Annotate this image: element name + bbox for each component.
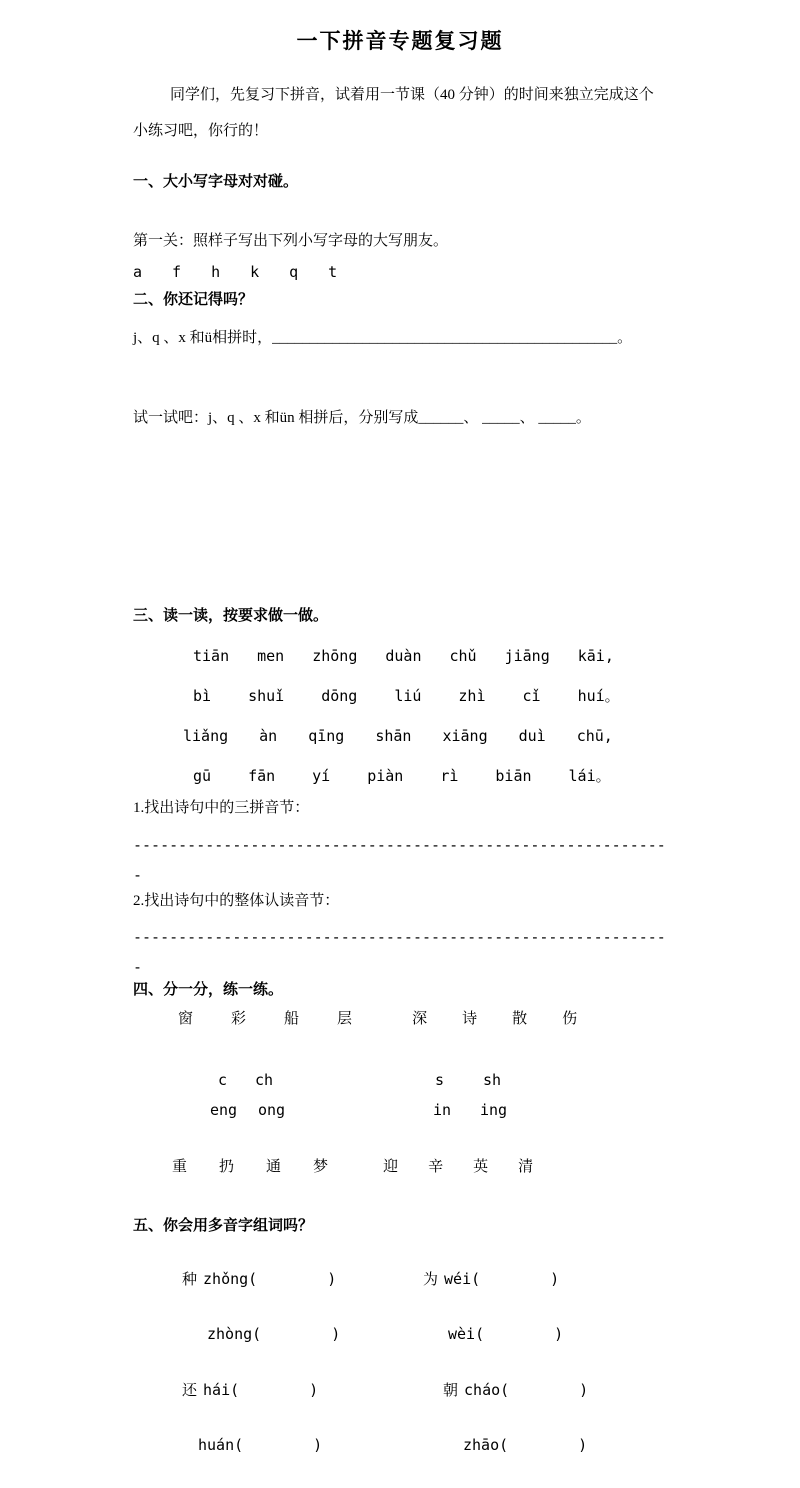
close-paren: ) xyxy=(331,1325,340,1344)
hanzi-row-1: 窗 彩 船 层 深 诗 散 伤 xyxy=(178,1010,577,1029)
polyphone-pinyin: hái xyxy=(203,1381,230,1400)
pinyin-word: àn xyxy=(259,727,277,746)
intro-line-1: 同学们，先复习下拼音，试着用一节课（40 分钟）的时间来独立完成这个 xyxy=(170,86,654,105)
polyphone-pinyin: zhāo xyxy=(463,1436,499,1455)
polyphone-cell: 种 zhǒng ( ) xyxy=(182,1270,336,1290)
initial-option: ch xyxy=(255,1071,273,1090)
pinyin-word: shuǐ xyxy=(248,687,284,706)
hanzi-group-left: 窗 彩 船 层 xyxy=(178,1010,352,1029)
answer-dash-stub-2: - xyxy=(133,958,142,977)
initial-option: s xyxy=(435,1071,444,1090)
polyphone-cell: 为 wéi ( ) xyxy=(423,1270,559,1290)
pinyin-word: zhì xyxy=(458,687,485,706)
answer-dash-stub-1: - xyxy=(133,866,142,885)
hanzi-group-left: 重 扔 通 梦 xyxy=(172,1158,328,1177)
page-title: 一下拼音专题复习题 xyxy=(0,28,800,54)
pinyin-row-4: gū fān yí piàn rì biān lái。 xyxy=(193,767,611,786)
hanzi-group-right: 迎 辛 英 清 xyxy=(383,1158,533,1177)
polyphone-cell: zhòng ( ) xyxy=(207,1325,340,1344)
pinyin-word: rì xyxy=(440,767,458,786)
hanzi: 重 xyxy=(172,1158,187,1177)
close-paren: ) xyxy=(327,1270,336,1289)
letter: a xyxy=(133,263,142,282)
hanzi: 辛 xyxy=(428,1158,443,1177)
hanzi: 深 xyxy=(412,1010,427,1029)
polyphone-pinyin: wèi xyxy=(448,1325,475,1344)
answer-dash-line-1: ----------------------------------------… xyxy=(133,836,666,855)
pinyin-row-1: tiān men zhōng duàn chǔ jiāng kāi, xyxy=(193,647,614,666)
pinyin-word: chǔ xyxy=(450,647,477,666)
pinyin-word: zhōng xyxy=(312,647,357,666)
hanzi: 散 xyxy=(512,1010,527,1029)
section2-heading: 二、你还记得吗？ xyxy=(133,291,253,310)
close-paren: ) xyxy=(579,1381,588,1400)
section5-heading: 五、你会用多音字组词吗？ xyxy=(133,1217,313,1236)
hanzi: 彩 xyxy=(231,1010,246,1029)
close-paren: ) xyxy=(313,1436,322,1455)
pinyin-word: jiāng xyxy=(505,647,550,666)
final-option: in xyxy=(433,1101,451,1120)
pinyin-word: xiāng xyxy=(442,727,487,746)
polyphone-char: 种 xyxy=(182,1271,197,1290)
pinyin-word: qīng xyxy=(308,727,344,746)
letter: k xyxy=(250,263,259,282)
initial-option: sh xyxy=(483,1071,501,1090)
pinyin-word: huí。 xyxy=(578,687,620,706)
open-paren: ( xyxy=(499,1436,508,1455)
open-paren: ( xyxy=(252,1325,261,1344)
pinyin-word: cǐ xyxy=(523,687,541,706)
hanzi: 窗 xyxy=(178,1010,193,1029)
section1-instruction: 第一关：照样子写出下列小写字母的大写朋友。 xyxy=(133,232,448,251)
letter: t xyxy=(328,263,337,282)
close-paren: ) xyxy=(578,1436,587,1455)
pinyin-word: shān xyxy=(375,727,411,746)
pinyin-word: dōng xyxy=(321,687,357,706)
hanzi: 英 xyxy=(473,1158,488,1177)
intro-line-2: 小练习吧，你行的！ xyxy=(133,122,268,141)
hanzi-group-right: 深 诗 散 伤 xyxy=(412,1010,577,1029)
final-option: ing xyxy=(480,1101,507,1120)
polyphone-char: 为 xyxy=(423,1271,438,1290)
pinyin-word: gū xyxy=(193,767,211,786)
section3-question-1: 1.找出诗句中的三拼音节： xyxy=(133,799,309,818)
polyphone-cell: wèi ( ) xyxy=(448,1325,563,1344)
pinyin-word: kāi, xyxy=(578,647,614,666)
pinyin-word: fān xyxy=(248,767,275,786)
hanzi: 层 xyxy=(337,1010,352,1029)
pinyin-word: duàn xyxy=(385,647,421,666)
pinyin-word: duì xyxy=(519,727,546,746)
hanzi: 梦 xyxy=(313,1158,328,1177)
polyphone-cell: zhāo ( ) xyxy=(463,1436,587,1455)
open-paren: ( xyxy=(500,1381,509,1400)
pinyin-word: biān xyxy=(495,767,531,786)
section2-fill-blank-line-2: 试一试吧：j、q 、x 和ün 相拼后，分别写成______、 _____、 _… xyxy=(133,409,591,428)
polyphone-pinyin: zhòng xyxy=(207,1325,252,1344)
open-paren: ( xyxy=(234,1436,243,1455)
close-paren: ) xyxy=(554,1325,563,1344)
open-paren: ( xyxy=(475,1325,484,1344)
pinyin-word: liú xyxy=(394,687,421,706)
polyphone-pinyin: wéi xyxy=(444,1270,471,1289)
polyphone-cell: 朝 cháo ( ) xyxy=(443,1381,588,1401)
hanzi-row-2: 重 扔 通 梦 迎 辛 英 清 xyxy=(172,1158,533,1177)
polyphone-pinyin: cháo xyxy=(464,1381,500,1400)
polyphone-cell: 还 hái ( ) xyxy=(182,1381,318,1401)
hanzi: 船 xyxy=(284,1010,299,1029)
hanzi: 诗 xyxy=(462,1010,477,1029)
hanzi: 清 xyxy=(518,1158,533,1177)
worksheet-page: 一下拼音专题复习题 同学们，先复习下拼音，试着用一节课（40 分钟）的时间来独立… xyxy=(0,0,800,1488)
pinyin-row-2: bì shuǐ dōng liú zhì cǐ huí。 xyxy=(193,687,620,706)
open-paren: ( xyxy=(230,1381,239,1400)
close-paren: ) xyxy=(309,1381,318,1400)
pinyin-word: men xyxy=(257,647,284,666)
hanzi: 通 xyxy=(266,1158,281,1177)
close-paren: ) xyxy=(550,1270,559,1289)
pinyin-word: lái。 xyxy=(569,767,611,786)
polyphone-pinyin: zhǒng xyxy=(203,1270,248,1289)
pinyin-word: piàn xyxy=(367,767,403,786)
final-option: eng xyxy=(210,1101,237,1120)
section1-heading: 一、大小写字母对对碰。 xyxy=(133,173,298,192)
open-paren: ( xyxy=(471,1270,480,1289)
section3-question-2: 2.找出诗句中的整体认读音节： xyxy=(133,892,339,911)
answer-dash-line-2: ----------------------------------------… xyxy=(133,928,666,947)
polyphone-cell: huán ( ) xyxy=(198,1436,322,1455)
letter: h xyxy=(211,263,220,282)
section4-heading: 四、分一分，练一练。 xyxy=(133,981,283,1000)
letter: f xyxy=(172,263,181,282)
section2-fill-blank-line-1: j、q 、x 和ü相拼时，___________________________… xyxy=(133,329,632,348)
pinyin-word: tiān xyxy=(193,647,229,666)
pinyin-word: liǎng xyxy=(183,727,228,746)
open-paren: ( xyxy=(248,1270,257,1289)
final-option: ong xyxy=(258,1101,285,1120)
polyphone-char: 还 xyxy=(182,1382,197,1401)
hanzi: 扔 xyxy=(219,1158,234,1177)
initial-option: c xyxy=(218,1071,227,1090)
pinyin-row-3: liǎng àn qīng shān xiāng duì chū, xyxy=(183,727,613,746)
pinyin-word: chū, xyxy=(577,727,613,746)
polyphone-pinyin: huán xyxy=(198,1436,234,1455)
hanzi: 迎 xyxy=(383,1158,398,1177)
lowercase-letters-row: a f h k q t xyxy=(133,263,337,282)
section3-heading: 三、读一读，按要求做一做。 xyxy=(133,607,328,626)
pinyin-word: yí xyxy=(312,767,330,786)
polyphone-char: 朝 xyxy=(443,1382,458,1401)
hanzi: 伤 xyxy=(562,1010,577,1029)
pinyin-word: bì xyxy=(193,687,211,706)
letter: q xyxy=(289,263,298,282)
